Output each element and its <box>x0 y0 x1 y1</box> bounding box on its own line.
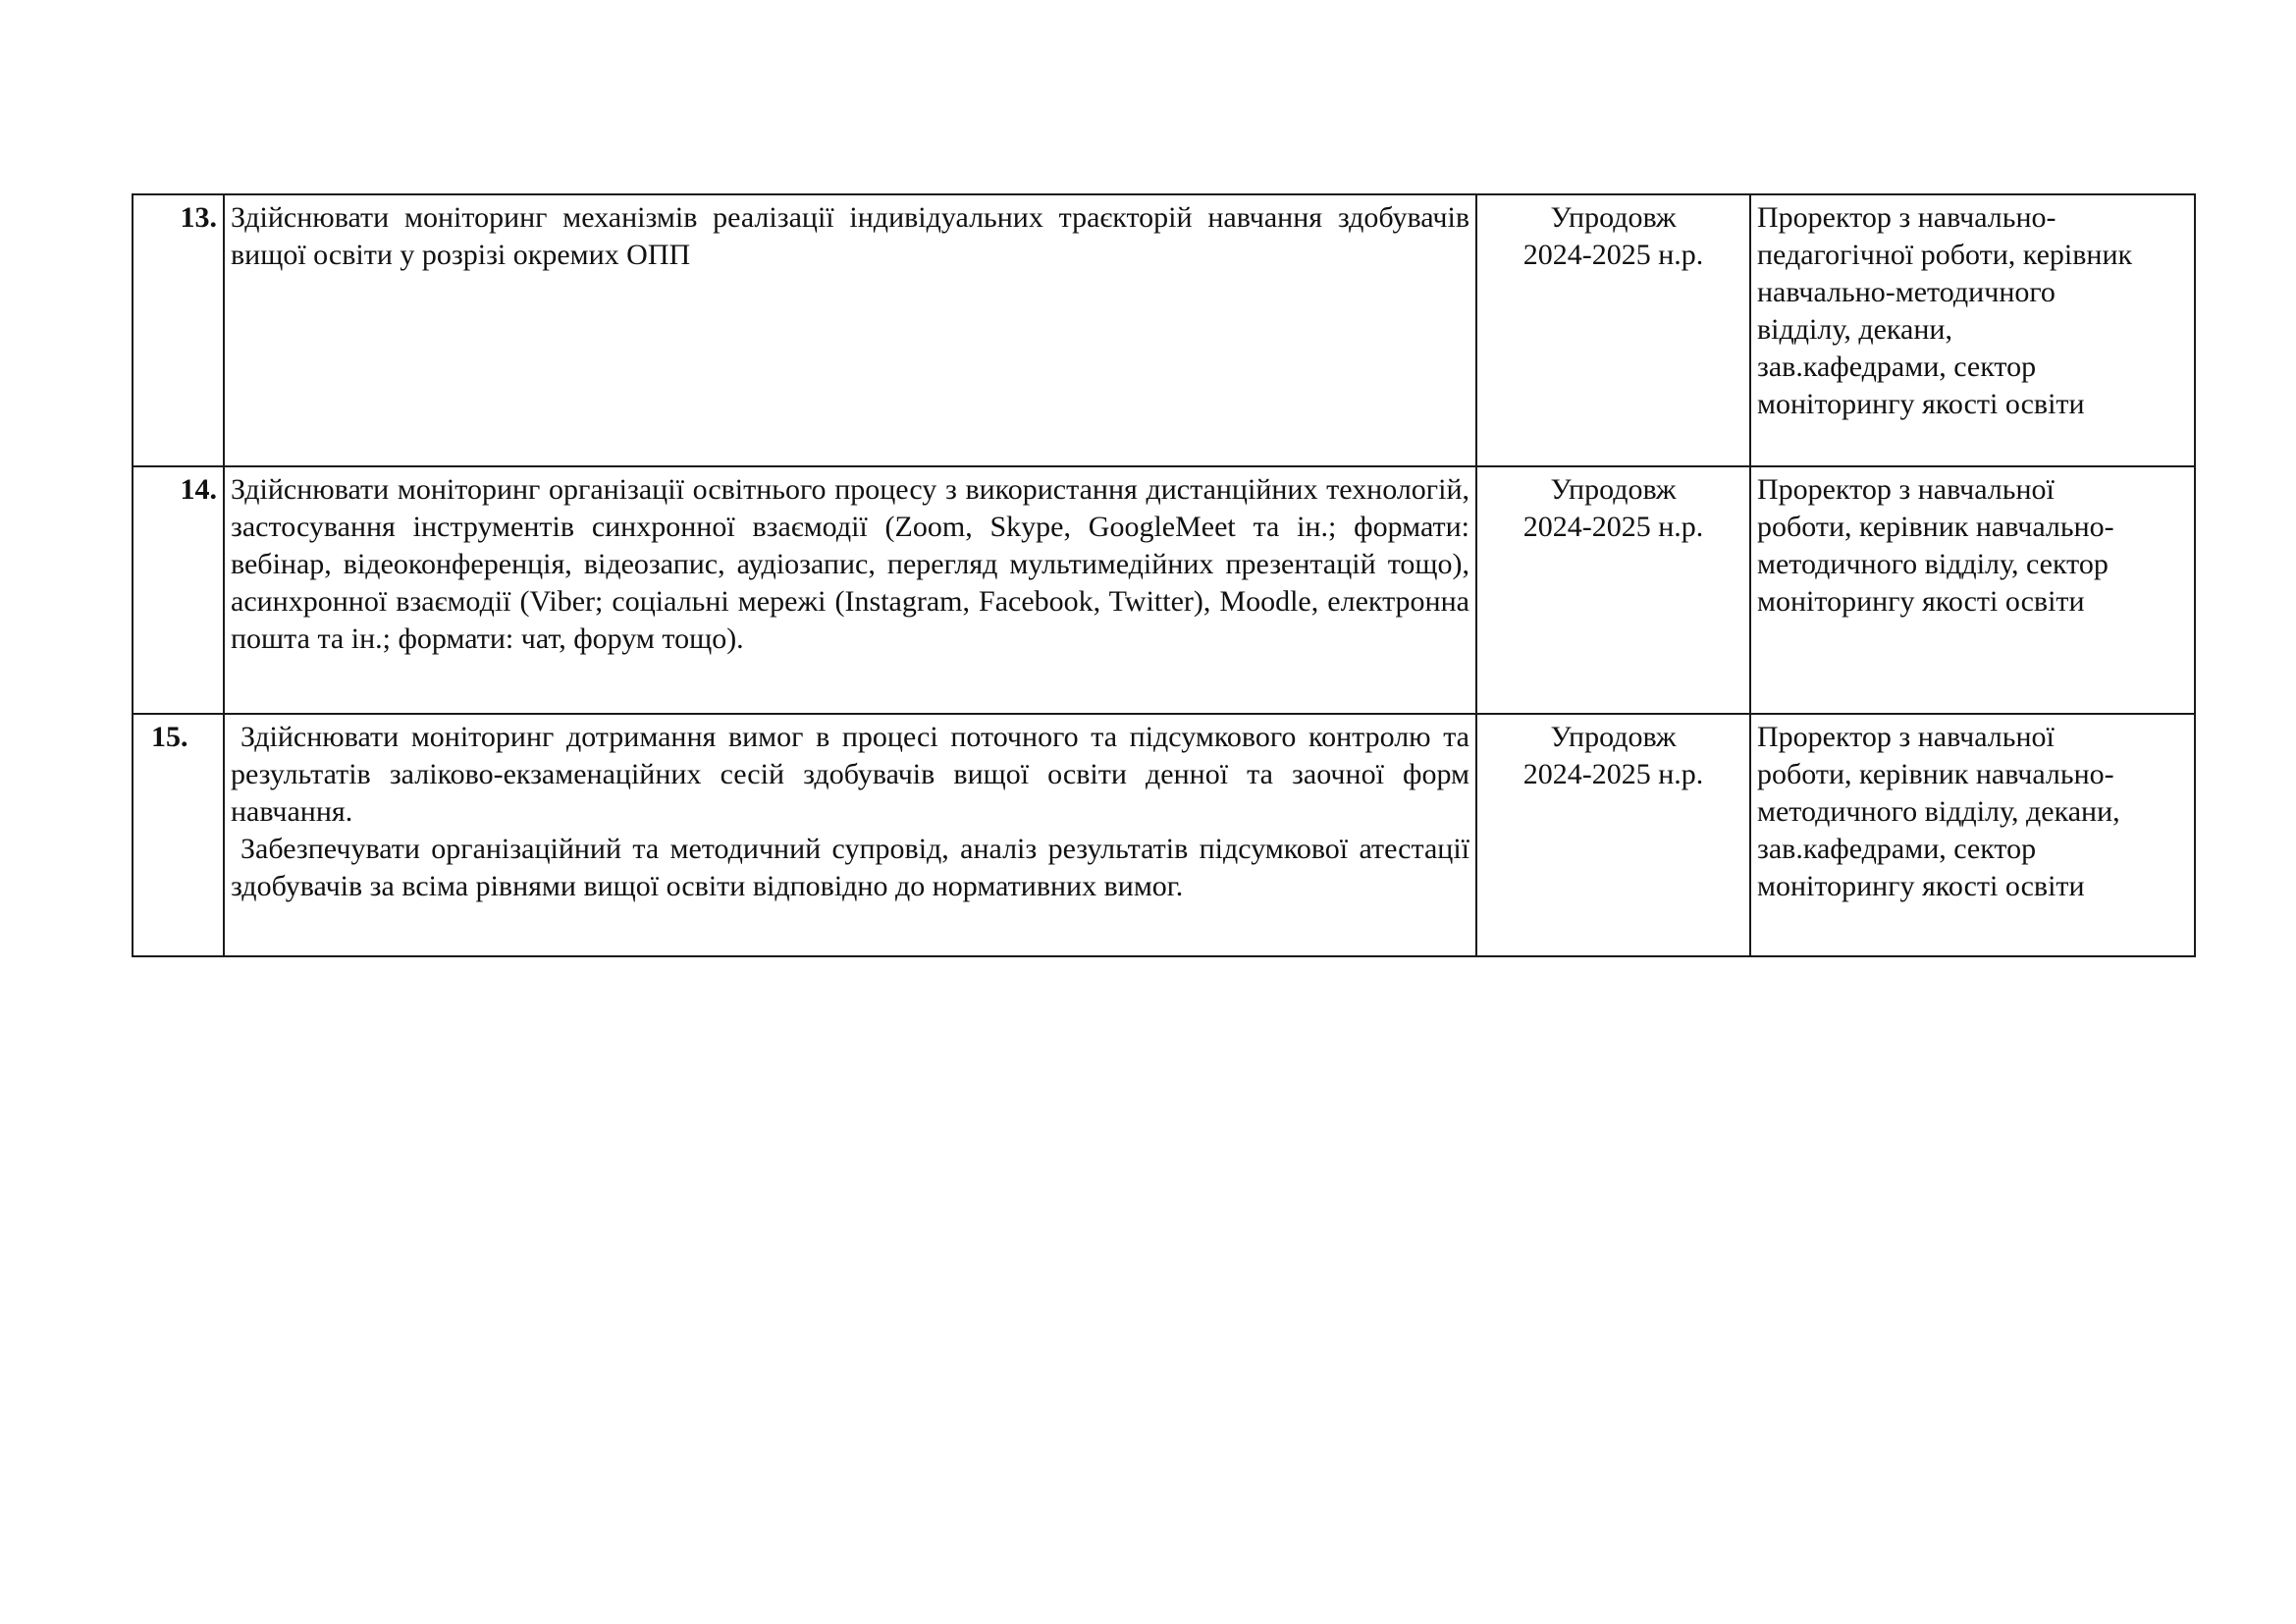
responsible-line: зав.кафедрами, сектор <box>1757 349 2188 386</box>
responsible-line: Проректор з навчальної <box>1757 471 2188 509</box>
responsible-cell: Проректор з навчально- педагогічної робо… <box>1750 194 2195 466</box>
responsible-line: моніторингу якості освіти <box>1757 386 2188 423</box>
responsible-line: відділу, декани, <box>1757 311 2188 349</box>
row-number: 13. <box>133 194 224 466</box>
responsible-line: методичного відділу, сектор <box>1757 546 2188 583</box>
task-cell: Здійснювати моніторинг дотримання вимог … <box>224 714 1476 956</box>
term-line: 2024-2025 н.р. <box>1483 237 1743 274</box>
responsible-line: Проректор з навчальної <box>1757 719 2188 756</box>
row-number: 14. <box>133 466 224 714</box>
document-page: 13. Здійснювати моніторинг механізмів ре… <box>0 0 2296 1624</box>
task-cell: Здійснювати моніторинг організації освіт… <box>224 466 1476 714</box>
table-row: 14. Здійснювати моніторинг організації о… <box>133 466 2195 714</box>
term-line: Упродовж <box>1483 199 1743 237</box>
term-cell: Упродовж 2024-2025 н.р. <box>1476 466 1750 714</box>
responsible-line: навчально-методичного <box>1757 274 2188 311</box>
monitoring-plan-table: 13. Здійснювати моніторинг механізмів ре… <box>132 193 2196 957</box>
table-row: 13. Здійснювати моніторинг механізмів ре… <box>133 194 2195 466</box>
responsible-line: моніторингу якості освіти <box>1757 583 2188 621</box>
term-line: Упродовж <box>1483 719 1743 756</box>
responsible-line: педагогічної роботи, керівник <box>1757 237 2188 274</box>
task-cell: Здійснювати моніторинг механізмів реаліз… <box>224 194 1476 466</box>
term-cell: Упродовж 2024-2025 н.р. <box>1476 194 1750 466</box>
responsible-line: зав.кафедрами, сектор <box>1757 831 2188 868</box>
table-row: 15. Здійснювати моніторинг дотримання ви… <box>133 714 2195 956</box>
task-paragraph: Здійснювати моніторинг механізмів реаліз… <box>231 199 1469 274</box>
task-paragraph: Здійснювати моніторинг організації освіт… <box>231 471 1469 658</box>
responsible-line: роботи, керівник навчально- <box>1757 509 2188 546</box>
task-paragraph: Забезпечувати організаційний та методичн… <box>231 831 1469 905</box>
responsible-cell: Проректор з навчальної роботи, керівник … <box>1750 466 2195 714</box>
responsible-line: методичного відділу, декани, <box>1757 793 2188 831</box>
term-line: 2024-2025 н.р. <box>1483 756 1743 793</box>
term-cell: Упродовж 2024-2025 н.р. <box>1476 714 1750 956</box>
task-paragraph: Здійснювати моніторинг дотримання вимог … <box>231 719 1469 831</box>
term-line: Упродовж <box>1483 471 1743 509</box>
responsible-line: роботи, керівник навчально- <box>1757 756 2188 793</box>
responsible-line: моніторингу якості освіти <box>1757 868 2188 905</box>
row-number: 15. <box>133 714 224 956</box>
responsible-line: Проректор з навчально- <box>1757 199 2188 237</box>
responsible-cell: Проректор з навчальної роботи, керівник … <box>1750 714 2195 956</box>
term-line: 2024-2025 н.р. <box>1483 509 1743 546</box>
